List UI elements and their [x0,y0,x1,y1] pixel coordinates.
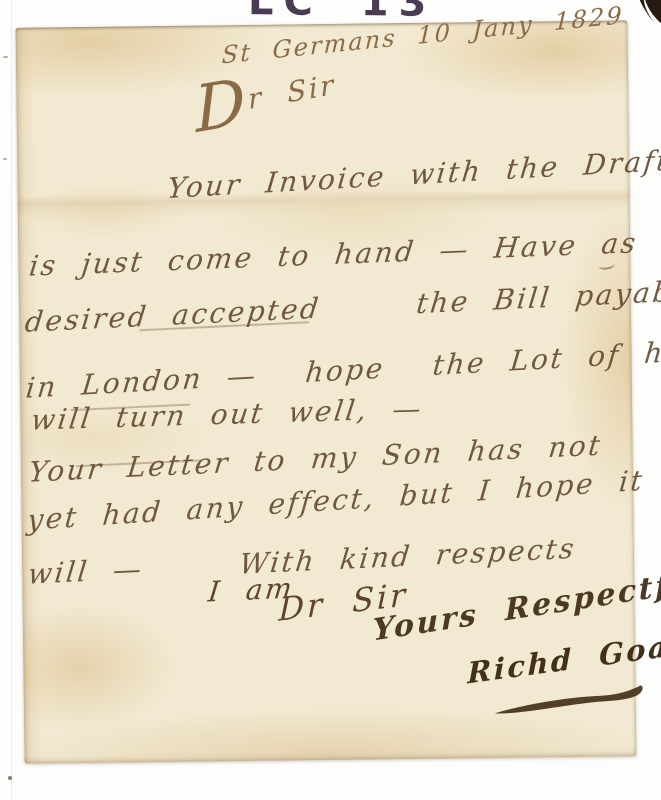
letter-paper: St Germans 10 Jany 1829 Dr Sir Your Invo… [16,20,637,763]
scan-root: LC 13 St Germans 10 Jany 1829 Dr Sir You… [0,0,661,800]
body-line: is just come to hand — Have as [27,226,639,283]
ink-squiggle [598,259,615,270]
letter-salutation: Dr Sir [50,35,339,183]
dust-speck [3,158,7,160]
scanner-edge-shadow [11,0,12,800]
body-line: Your Invoice with the Draft [166,144,661,205]
signature-flourish-icon [491,683,652,720]
body-line: will — With kind respects [26,532,577,591]
dust-speck [8,776,12,780]
salutation-initial: D [193,65,251,148]
corner-ink-stroke-icon [630,0,661,34]
body-line: desired accepted the Bill payable [23,274,661,339]
dust-speck [3,56,8,58]
salutation-rest: r Sir [247,68,337,116]
signature-name: Richd Goake [467,623,661,690]
